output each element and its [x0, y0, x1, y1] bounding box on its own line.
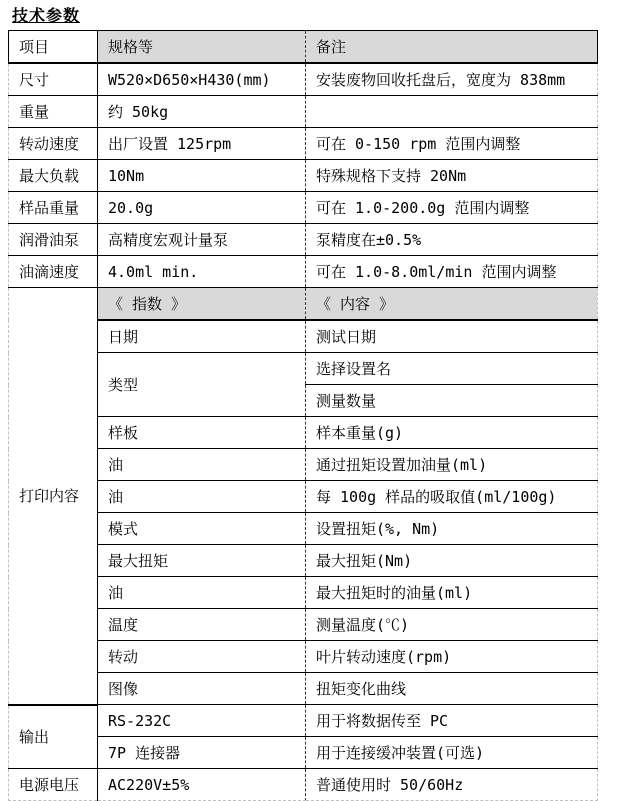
- table-cell: 类型: [98, 353, 306, 417]
- table-cell: 安装废物回收托盘后，宽度为 838mm: [306, 63, 598, 96]
- col-header-spec: 规格等: [98, 31, 306, 64]
- table-cell: RS-232C: [98, 705, 306, 737]
- table-row: 图像扭矩变化曲线: [9, 673, 598, 705]
- table-cell: 日期: [98, 320, 306, 353]
- table-row: 样品重量20.0g可在 1.0-200.0g 范围内调整: [9, 192, 598, 224]
- table-row: 打印内容《 指数 》《 内容 》: [9, 288, 598, 321]
- table-cell: 通过扭矩设置加油量(ml): [306, 449, 598, 481]
- table-cell: 用于将数据传至 PC: [306, 705, 598, 737]
- table-cell: 重量: [9, 96, 98, 128]
- table-cell: 图像: [98, 673, 306, 705]
- table-cell: 电源电压: [9, 769, 98, 801]
- table-cell: 叶片转动速度(rpm): [306, 641, 598, 673]
- table-cell: 4.0ml min.: [98, 256, 306, 288]
- table-cell: 最大扭矩(Nm): [306, 545, 598, 577]
- table-cell: 润滑油泵: [9, 224, 98, 256]
- table-row: 最大负载10Nm特殊规格下支持 20Nm: [9, 160, 598, 192]
- table-cell: 泵精度在±0.5%: [306, 224, 598, 256]
- table-cell: 样板: [98, 417, 306, 449]
- table-row: 尺寸W520×D650×H430(mm)安装废物回收托盘后，宽度为 838mm: [9, 63, 598, 96]
- table-row: 温度测量温度(℃): [9, 609, 598, 641]
- table-cell: 测量温度(℃): [306, 609, 598, 641]
- table-cell: 特殊规格下支持 20Nm: [306, 160, 598, 192]
- table-cell: 温度: [98, 609, 306, 641]
- table-row: 日期测试日期: [9, 320, 598, 353]
- table-cell: 约 50kg: [98, 96, 306, 128]
- table-cell: 普通使用时 50/60Hz: [306, 769, 598, 801]
- table-cell: 转动: [98, 641, 306, 673]
- table-cell: 可在 1.0-8.0ml/min 范围内调整: [306, 256, 598, 288]
- table-row: 油最大扭矩时的油量(ml): [9, 577, 598, 609]
- table-cell: 油滴速度: [9, 256, 98, 288]
- table-row: 重量约 50kg: [9, 96, 598, 128]
- table-cell: 10Nm: [98, 160, 306, 192]
- table-cell: 样品重量: [9, 192, 98, 224]
- table-cell: 用于连接缓冲装置(可选): [306, 737, 598, 769]
- table-cell: 出厂设置 125rpm: [98, 128, 306, 160]
- table-cell: 测试日期: [306, 320, 598, 353]
- table-cell: 高精度宏观计量泵: [98, 224, 306, 256]
- table-cell: 油: [98, 449, 306, 481]
- table-cell: 最大负载: [9, 160, 98, 192]
- table-row: 油每 100g 样品的吸取值(ml/100g): [9, 481, 598, 513]
- table-row: 转动叶片转动速度(rpm): [9, 641, 598, 673]
- table-cell: 最大扭矩时的油量(ml): [306, 577, 598, 609]
- page-title: 技术参数: [12, 3, 619, 26]
- table-row: 润滑油泵高精度宏观计量泵泵精度在±0.5%: [9, 224, 598, 256]
- table-row: 7P 连接器用于连接缓冲装置(可选): [9, 737, 598, 769]
- table-cell: [306, 96, 598, 128]
- table-cell: 油: [98, 577, 306, 609]
- table-cell: 可在 1.0-200.0g 范围内调整: [306, 192, 598, 224]
- table-row: 转动速度出厂设置 125rpm可在 0-150 rpm 范围内调整: [9, 128, 598, 160]
- col-header-item: 项目: [9, 31, 98, 64]
- table-cell: 油: [98, 481, 306, 513]
- table-cell: 可在 0-150 rpm 范围内调整: [306, 128, 598, 160]
- table-cell: 扭矩变化曲线: [306, 673, 598, 705]
- table-cell: 7P 连接器: [98, 737, 306, 769]
- table-row: 类型选择设置名: [9, 353, 598, 385]
- table-cell: 20.0g: [98, 192, 306, 224]
- table-row: 模式设置扭矩(%, Nm): [9, 513, 598, 545]
- table-cell: 设置扭矩(%, Nm): [306, 513, 598, 545]
- table-row: 油滴速度4.0ml min.可在 1.0-8.0ml/min 范围内调整: [9, 256, 598, 288]
- print-content-group-label: 打印内容: [9, 288, 98, 705]
- table-row: 样板样本重量(g): [9, 417, 598, 449]
- table-cell: AC220V±5%: [98, 769, 306, 801]
- subcol-header-content: 《 内容 》: [306, 288, 598, 321]
- table-cell: 尺寸: [9, 63, 98, 96]
- table-row: 油通过扭矩设置加油量(ml): [9, 449, 598, 481]
- table-cell: 模式: [98, 513, 306, 545]
- table-cell: 最大扭矩: [98, 545, 306, 577]
- output-group-label: 输出: [9, 705, 98, 769]
- table-cell: 样本重量(g): [306, 417, 598, 449]
- table-row: 最大扭矩最大扭矩(Nm): [9, 545, 598, 577]
- table-cell: 转动速度: [9, 128, 98, 160]
- subcol-header-index: 《 指数 》: [98, 288, 306, 321]
- table-row: 输出RS-232C用于将数据传至 PC: [9, 705, 598, 737]
- table-cell: 测量数量: [306, 385, 598, 417]
- table-cell: W520×D650×H430(mm): [98, 63, 306, 96]
- table-cell: 每 100g 样品的吸取值(ml/100g): [306, 481, 598, 513]
- table-cell: 选择设置名: [306, 353, 598, 385]
- col-header-remark: 备注: [306, 31, 598, 64]
- spec-table-body: 项目规格等备注尺寸W520×D650×H430(mm)安装废物回收托盘后，宽度为…: [9, 31, 598, 801]
- table-row: 电源电压AC220V±5%普通使用时 50/60Hz: [9, 769, 598, 801]
- spec-table: 项目规格等备注尺寸W520×D650×H430(mm)安装废物回收托盘后，宽度为…: [8, 30, 598, 801]
- header-row: 项目规格等备注: [9, 31, 598, 64]
